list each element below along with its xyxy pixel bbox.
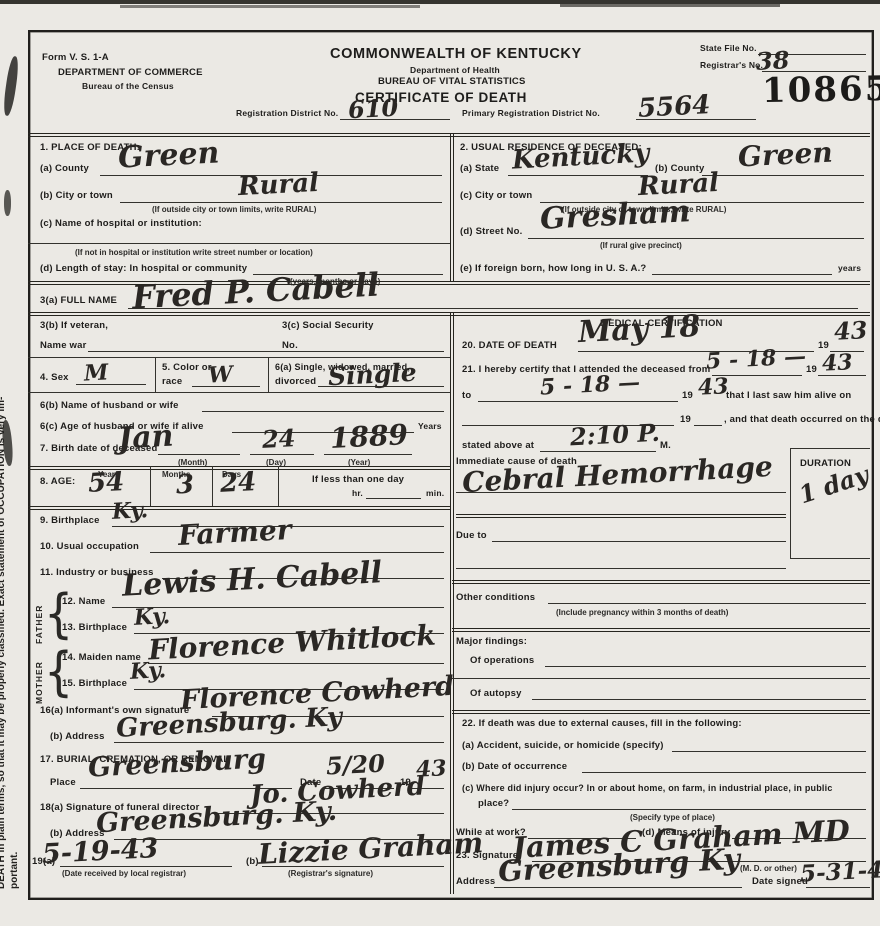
sex-value: M <box>83 359 109 386</box>
date-signed-value: 5-31-43 <box>799 855 880 887</box>
external-c-label2: place? <box>478 798 509 809</box>
registrars-no-label: Registrar's No. <box>700 60 763 70</box>
date-of-death-value: May 18 <box>577 309 701 350</box>
age-months-value: 3 <box>175 470 195 501</box>
father-name-label: 12. Name <box>62 596 105 607</box>
date-of-death-19: 19 <box>818 340 829 351</box>
state-file-stamp-number: 10865 <box>762 69 880 111</box>
section-divider <box>28 312 870 316</box>
row-divider <box>28 243 450 244</box>
blank-line <box>672 751 866 752</box>
margin-note-line1: DEATH in plain terms, so that it may be … <box>0 33 8 889</box>
father-birthplace-label: 13. Birthplace <box>62 622 127 633</box>
certify-to-label: to <box>462 390 471 401</box>
birthplace-value: Ky. <box>111 497 148 525</box>
autopsy-label: Of autopsy <box>470 688 522 699</box>
cell-divider <box>155 357 156 392</box>
attended-to-year: 43 <box>697 373 729 401</box>
duration-box-left <box>790 448 791 558</box>
physician-addr-label: Address <box>456 876 495 887</box>
section-divider <box>28 506 450 510</box>
bureau-census: Bureau of the Census <box>82 81 174 91</box>
blank-line <box>540 451 656 452</box>
res-county-value: Green <box>737 136 833 174</box>
other-conditions-caption: (Include pregnancy within 3 months of de… <box>556 608 728 617</box>
age-min-label: min. <box>426 488 444 498</box>
attended-from-value: 5 - 18 — <box>705 343 806 374</box>
primary-district-value: 5564 <box>637 90 711 124</box>
blank-line <box>548 603 866 604</box>
external-c-label1: (c) Where did injury occur? In or about … <box>462 783 833 793</box>
pod-hospital-label: (c) Name of hospital or institution: <box>40 218 202 229</box>
burial-place-label: Place <box>50 777 76 788</box>
blank-line <box>88 351 323 352</box>
blank-line <box>694 425 722 426</box>
blank-line <box>250 454 314 455</box>
column-divider <box>450 312 454 894</box>
row-divider <box>456 514 786 518</box>
blank-line <box>494 887 742 888</box>
blank-line <box>456 568 786 569</box>
scan-streak <box>120 5 420 8</box>
external-heading: 22. If death was due to external causes,… <box>462 718 742 729</box>
race-label1: 5. Color or <box>162 362 212 373</box>
registrar-sig-caption: (Registrar's signature) <box>288 869 373 878</box>
cell-divider <box>278 466 279 506</box>
res-street-caption: (If rural give precinct) <box>600 241 682 250</box>
death-certificate-scan: DEATH in plain terms, so that it may be … <box>0 0 880 926</box>
certify-line3-suffix: , and that death occurred on the date <box>724 414 880 425</box>
physician-sig-caption: (M. D. or other) <box>740 864 797 873</box>
reg-district-label: Registration District No. <box>236 108 338 118</box>
blank-line <box>512 809 866 810</box>
margin-instruction-note: DEATH in plain terms, so that it may be … <box>0 33 21 889</box>
section-divider <box>452 710 870 714</box>
dept-health: Department of Health <box>410 65 500 75</box>
certify-19b: 19 <box>682 390 693 401</box>
blank-line <box>702 175 864 176</box>
pod-city-label: (b) City or town <box>40 190 113 201</box>
row-divider <box>452 628 870 632</box>
column-divider <box>450 133 454 281</box>
registrar-sig-label: (b) <box>246 856 259 867</box>
margin-note-line2: portant. <box>8 33 21 889</box>
commonwealth-title: COMMONWEALTH OF KENTUCKY <box>330 46 582 62</box>
blank-line <box>202 411 444 412</box>
operations-label: Of operations <box>470 655 534 666</box>
reg-district-value: 610 <box>347 93 399 125</box>
dept-commerce: DEPARTMENT OF COMMERCE <box>58 67 203 78</box>
blank-line <box>120 202 442 203</box>
certify-line2-suffix: that I last saw him alive on <box>726 390 851 401</box>
full-name-label: 3(a) FULL NAME <box>40 295 117 306</box>
blank-line <box>478 401 678 402</box>
informant-address-label: (b) Address <box>50 731 105 742</box>
pod-city-value: Rural <box>237 168 319 202</box>
blank-line <box>508 175 648 176</box>
pod-stay-label: (d) Length of stay: In hospital or commu… <box>40 263 247 274</box>
blank-line <box>528 238 864 239</box>
blank-line <box>818 375 866 376</box>
row-divider <box>28 392 450 393</box>
res-city-label: (c) City or town <box>460 190 532 201</box>
blank-line <box>150 552 444 553</box>
age-days-value: 24 <box>219 467 257 499</box>
mother-brace: { <box>44 640 73 702</box>
other-conditions-label: Other conditions <box>456 592 535 603</box>
date-of-death-label: 20. DATE OF DEATH <box>462 340 557 351</box>
race-value: W <box>207 361 233 388</box>
blank-line <box>158 454 240 455</box>
certify-19c: 19 <box>680 414 691 425</box>
registrar-date-value: 5-19-43 <box>41 833 159 870</box>
race-label2: race <box>162 376 182 387</box>
occupation-value: Farmer <box>177 513 292 552</box>
form-number: Form V. S. 1-A <box>42 52 109 63</box>
blank-line <box>806 887 870 888</box>
section-divider <box>28 133 870 137</box>
pod-hospital-caption: (If not in hospital or institution write… <box>75 248 313 257</box>
external-b-label: (b) Date of occurrence <box>462 761 567 772</box>
cell-divider <box>212 466 213 506</box>
bureau-vital-statistics: BUREAU OF VITAL STATISTICS <box>378 76 526 87</box>
row-divider <box>452 678 870 679</box>
certify-m-label: M. <box>660 440 671 451</box>
blank-line <box>492 541 786 542</box>
blank-line <box>582 772 866 773</box>
blank-line <box>652 274 832 275</box>
birth-month-value: Jan <box>117 419 174 457</box>
time-of-death-value: 2:10 P. <box>569 418 660 452</box>
mother-side-label: MOTHER <box>34 646 44 704</box>
row-divider <box>452 580 870 584</box>
certify-line4: stated above at <box>462 440 534 451</box>
ssn-no-label: No. <box>282 340 298 351</box>
blank-line <box>302 351 444 352</box>
res-state-label: (a) State <box>460 163 499 174</box>
veteran-label: 3(b) If veteran, <box>40 320 108 331</box>
registrar-date-caption: (Date received by local registrar) <box>62 869 186 878</box>
res-street-label: (d) Street No. <box>460 226 522 237</box>
pod-county-value: Green <box>117 135 220 175</box>
marital-label2: divorced <box>275 376 316 387</box>
primary-district-label: Primary Registration District No. <box>462 108 600 118</box>
cell-divider <box>150 466 151 506</box>
blank-line <box>366 498 421 499</box>
date-of-death-year: 43 <box>833 315 868 346</box>
father-birthplace-value: Ky. <box>133 603 170 631</box>
external-a-label: (a) Accident, suicide, or homicide (spec… <box>462 740 664 751</box>
father-side-label: FATHER <box>34 588 44 644</box>
mother-birthplace-label: 15. Birthplace <box>62 678 127 689</box>
birthplace-label: 9. Birthplace <box>40 515 100 526</box>
duration-box-bottom <box>790 558 870 559</box>
occupation-label: 10. Usual occupation <box>40 541 139 552</box>
row-divider <box>28 357 450 358</box>
veteran-war-label: Name war <box>40 340 86 351</box>
blank-line <box>532 699 866 700</box>
res-foreign-label: (e) If foreign born, how long in U. S. A… <box>460 263 646 274</box>
scan-streak <box>560 4 780 7</box>
res-foreign-suffix: years <box>838 263 861 273</box>
marital-value: Single <box>327 358 417 392</box>
pod-city-caption: (If outside city or town limits, write R… <box>152 205 316 214</box>
duration-box-top <box>790 448 870 449</box>
cell-divider <box>268 357 269 392</box>
age-years-value: 54 <box>87 467 125 499</box>
husband-wife-label: 6(b) Name of husband or wife <box>40 400 179 411</box>
father-brace: { <box>44 582 73 644</box>
attended-to-value: 5 - 18 — <box>539 369 640 400</box>
attended-from-year: 43 <box>821 349 853 377</box>
blank-line <box>114 742 444 743</box>
age-label: 8. AGE: <box>40 476 75 487</box>
age-hr-label: hr. <box>352 488 363 498</box>
sex-label: 4. Sex <box>40 372 69 383</box>
certify-19a: 19 <box>806 364 817 375</box>
state-file-label: State File No. <box>700 43 757 53</box>
pod-county-label: (a) County <box>40 163 89 174</box>
birth-day-value: 24 <box>261 423 296 454</box>
major-findings-label: Major findings: <box>456 636 527 647</box>
blank-line <box>545 666 866 667</box>
due-to-label: Due to <box>456 530 487 541</box>
birth-year-value: 1889 <box>329 418 409 455</box>
mother-birthplace-value: Ky. <box>129 657 166 685</box>
ssn-label: 3(c) Social Security <box>282 320 374 331</box>
age-less-label: If less than one day <box>312 474 404 485</box>
husband-wife-age-suffix: Years <box>418 421 442 431</box>
